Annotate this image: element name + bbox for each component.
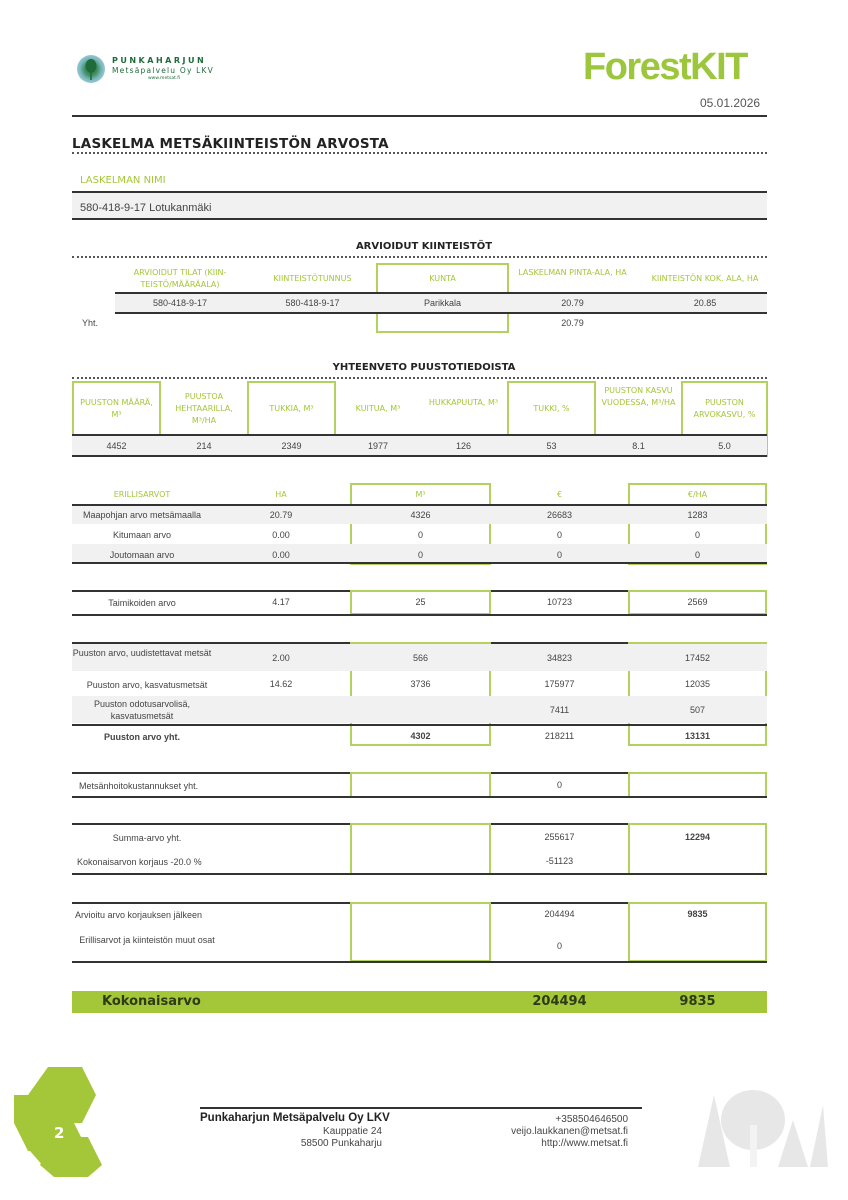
col-header: LASKELMAN PINTA-ALA, HA	[510, 267, 635, 279]
summary-value: 126	[420, 441, 507, 451]
title-divider	[72, 152, 767, 154]
seedlings-ha: 4.17	[212, 597, 350, 607]
summary-value: 8.1	[596, 441, 681, 451]
total-eur: 204494	[491, 994, 628, 1009]
stand-cell: 175977	[491, 679, 628, 689]
stand-row-label: Puuston arvo, uudistettavat metsät	[72, 647, 212, 659]
tree-logo-icon	[85, 58, 97, 80]
estates-total-area: 20.79	[510, 318, 635, 328]
highlight-box	[628, 772, 767, 798]
stand-cell: 566	[350, 653, 491, 663]
total-eur-ha: 9835	[628, 994, 767, 1009]
divider	[72, 218, 767, 220]
adjusted-label: Arvioitu arvo korjauksen jälkeen	[75, 909, 202, 921]
col-header: ARVIOIDUT TILAT (KIIN-TEISTÖ/MÄÄRÄALA)	[115, 267, 245, 291]
divider	[115, 312, 767, 314]
logo-url: www.metsat.fi	[148, 76, 180, 81]
highlight-box	[350, 772, 491, 798]
divider	[72, 455, 767, 457]
seedlings-label: Taimikoiden arvo	[72, 597, 212, 609]
row-cell: 4326	[350, 510, 491, 520]
footer-street: Kauppatie 24	[200, 1126, 382, 1137]
col-header: HA	[212, 489, 350, 501]
col-header: ERILLISARVOT	[72, 489, 212, 501]
col-header: PUUSTON KASVU VUODESSA, M³/HA	[596, 385, 681, 409]
col-header: TUKKIA, M³	[247, 403, 336, 415]
col-header: KIINTEISTÖTUNNUS	[250, 273, 375, 285]
estates-title: ARVIOIDUT KIINTEISTÖT	[0, 241, 848, 252]
summary-value: 4452	[72, 441, 161, 451]
estates-total-label: Yht.	[82, 318, 98, 328]
divider	[72, 377, 767, 379]
row-label: Joutomaan arvo	[72, 550, 212, 560]
seedlings-eur-ha: 2569	[628, 597, 767, 607]
estate-cell: 20.85	[640, 298, 770, 308]
summary-value: 2349	[247, 441, 336, 451]
stand-row-label: Puuston arvo, kasvatusmetsät	[72, 679, 222, 691]
divider	[72, 961, 767, 963]
summary-value: 1977	[336, 441, 420, 451]
col-header: KUNTA	[378, 273, 507, 285]
stand-cell: 7411	[491, 705, 628, 715]
correction-label: Kokonaisarvon korjaus -20.0 %	[77, 856, 202, 868]
stand-cell: 17452	[628, 653, 767, 663]
seedlings-eur: 10723	[491, 597, 628, 607]
row-cell: 0	[491, 550, 628, 560]
stand-total-label: Puuston arvo yht.	[72, 731, 212, 743]
other-parts-eur: 0	[491, 941, 628, 951]
stand-total-eur: 218211	[491, 731, 628, 741]
divider	[72, 873, 767, 875]
stand-summary-title: YHTEENVETO PUUSTOTIEDOISTA	[0, 362, 848, 373]
estate-cell: 580-418-9-17	[115, 298, 245, 308]
stand-cell: 507	[628, 705, 767, 715]
row-cell: 0	[491, 530, 628, 540]
divider	[72, 256, 767, 258]
adjusted-eur-ha: 9835	[628, 909, 767, 919]
summary-value: 5.0	[681, 441, 768, 451]
summary-value: 214	[161, 441, 247, 451]
row-label: Maapohjan arvo metsämaalla	[72, 510, 212, 520]
total-label: Kokonaisarvo	[102, 994, 201, 1009]
header-divider	[72, 115, 767, 117]
other-parts-label: Erillisarvot ja kiinteistön muut osat	[72, 934, 222, 946]
page-title: LASKELMA METSÄKIINTEISTÖN ARVOSTA	[72, 136, 389, 152]
divider	[72, 724, 767, 726]
stand-cell: 14.62	[212, 679, 350, 689]
divider	[72, 796, 767, 798]
divider	[72, 614, 767, 616]
col-header: M³	[350, 489, 491, 501]
footer-email[interactable]: veijo.laukkanen@metsat.fi	[480, 1126, 628, 1137]
estate-cell: 20.79	[510, 298, 635, 308]
hexagon-decor-icon	[14, 1067, 124, 1177]
seedlings-m3: 25	[350, 597, 491, 607]
logo-line-1: PUNKAHARJUN	[112, 56, 206, 65]
footer-phone: +358504646500	[480, 1114, 628, 1125]
page-number: 2	[54, 1124, 64, 1142]
brand-logo: ForestKIT	[583, 46, 747, 89]
stand-cell: 12035	[628, 679, 767, 689]
summary-value: 53	[507, 441, 596, 451]
stand-cell: 3736	[350, 679, 491, 689]
correction-eur: -51123	[491, 856, 628, 866]
row-cell: 0.00	[212, 530, 350, 540]
row-cell: 26683	[491, 510, 628, 520]
col-header: TUKKI, %	[507, 403, 596, 415]
row-cell: 0	[350, 550, 491, 560]
row-cell: 0	[350, 530, 491, 540]
management-costs-eur: 0	[491, 780, 628, 790]
calc-name-value: 580-418-9-17 Lotukanmäki	[80, 202, 211, 214]
col-header: PUUSTON ARVOKASVU, %	[681, 397, 768, 421]
stand-row-label: Puuston odotusarvolisä, kasvatusmetsät	[72, 698, 212, 722]
sum-eur: 255617	[491, 832, 628, 842]
report-date: 05.01.2026	[700, 96, 760, 110]
col-header: PUUSTOA HEHTAARILLA, M³/HA	[161, 391, 247, 427]
row-cell: 1283	[628, 510, 767, 520]
row-label: Kitumaan arvo	[72, 530, 212, 540]
stand-total-m3: 4302	[350, 731, 491, 741]
col-header: KUITUA, M³	[336, 403, 420, 415]
estate-cell: Parikkala	[378, 298, 507, 308]
sum-eur-ha: 12294	[628, 832, 767, 842]
stand-cell: 2.00	[212, 653, 350, 663]
col-header: €	[491, 489, 628, 501]
forest-trees-icon	[678, 1085, 828, 1167]
footer-company: Punkaharjun Metsäpalvelu Oy LKV	[200, 1112, 382, 1124]
col-header: KIINTEISTÖN KOK. ALA, HA	[640, 273, 770, 285]
highlight-box	[350, 823, 491, 875]
row-cell: 0.00	[212, 550, 350, 560]
estate-cell: 580-418-9-17	[250, 298, 375, 308]
col-header: PUUSTON MÄÄRÄ, M³	[72, 397, 161, 421]
divider	[72, 562, 767, 564]
sum-label: Summa-arvo yht.	[72, 832, 222, 844]
highlight-box	[628, 823, 767, 875]
row-cell: 0	[628, 530, 767, 540]
col-header: HUKKAPUUTA, M³	[420, 397, 507, 409]
adjusted-eur: 204494	[491, 909, 628, 919]
stand-cell: 34823	[491, 653, 628, 663]
col-header: €/HA	[628, 489, 767, 501]
management-costs-label: Metsänhoitokustannukset yht.	[79, 780, 198, 792]
row-cell: 0	[628, 550, 767, 560]
row-cell: 20.79	[212, 510, 350, 520]
footer-city: 58500 Punkaharju	[200, 1138, 382, 1149]
stand-total-eur-ha: 13131	[628, 731, 767, 741]
logo-line-2: Metsäpalvelu Oy LKV	[112, 66, 214, 75]
calc-name-label: LASKELMAN NIMI	[80, 175, 166, 187]
highlight-box	[350, 902, 491, 962]
footer-divider	[200, 1107, 642, 1109]
footer-website[interactable]: http://www.metsat.fi	[480, 1138, 628, 1149]
